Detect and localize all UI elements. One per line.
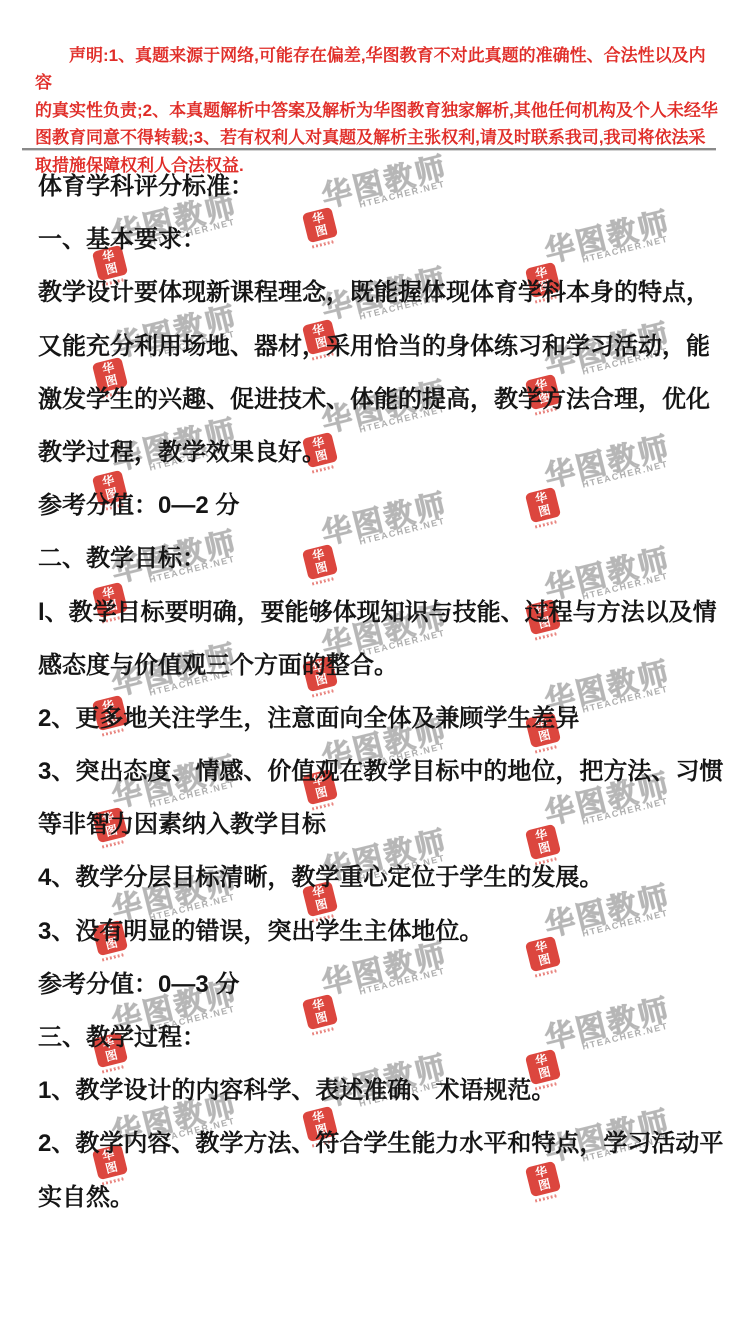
- text-line: 等非智力因素纳入教学目标: [38, 798, 728, 851]
- document-body: 体育学科评分标准：一、基本要求：教学设计要体现新课程理念，既能握体现体育学科本身…: [38, 160, 728, 1224]
- text-line: 激发学生的兴趣、促进技术、体能的提高，教学方法合理，优化: [38, 373, 728, 426]
- text-line: 三、教学过程：: [38, 1011, 728, 1064]
- text-line: 体育学科评分标准：: [38, 160, 728, 213]
- text-line: 教学过程，教学效果良好。: [38, 426, 728, 479]
- text-line: 教学设计要体现新课程理念，既能握体现体育学科本身的特点，: [38, 266, 728, 319]
- disclaimer-label: 声明:: [69, 46, 109, 65]
- text-line: 二、教学目标：: [38, 532, 728, 585]
- text-line: 又能充分利用场地、器材，采用恰当的身体练习和学习活动，能: [38, 320, 728, 373]
- text-line: 参考分值：0—3 分: [38, 958, 728, 1011]
- text-line: 感态度与价值观三个方面的整合。: [38, 639, 728, 692]
- disclaimer-text: 声明:1、真题来源于网络,可能存在偏差,华图教育不对此真题的准确性、合法性以及内…: [35, 42, 719, 179]
- text-line: 3、突出态度、情感、价值观在教学目标中的地位，把方法、习惯: [38, 745, 728, 798]
- text-line: 1、教学设计的内容科学、表述准确、术语规范。: [38, 1064, 728, 1117]
- divider-line: [22, 148, 716, 151]
- text-line: 2、教学内容、教学方法、符合学生能力水平和特点，学习活动平: [38, 1117, 728, 1170]
- disclaimer-line: 声明:1、真题来源于网络,可能存在偏差,华图教育不对此真题的准确性、合法性以及内…: [35, 42, 719, 97]
- text-line: 参考分值：0—2 分: [38, 479, 728, 532]
- text-line: 3、没有明显的错误，突出学生主体地位。: [38, 905, 728, 958]
- text-line: 4、教学分层目标清晰，教学重心定位于学生的发展。: [38, 851, 728, 904]
- text-line: 实自然。: [38, 1171, 728, 1224]
- text-line: 一、基本要求：: [38, 213, 728, 266]
- text-line: 2、更多地关注学生，注意面向全体及兼顾学生差异: [38, 692, 728, 745]
- disclaimer-line: 的真实性负责;2、本真题解析中答案及解析为华图教育独家解析,其他任何机构及个人未…: [35, 97, 719, 124]
- text-line: l、教学目标要明确，要能够体现知识与技能、过程与方法以及情: [38, 586, 728, 639]
- document-page: 华图教师HTEACHER.NET华图华图教师HTEACHER.NET华图华图教师…: [0, 0, 748, 1335]
